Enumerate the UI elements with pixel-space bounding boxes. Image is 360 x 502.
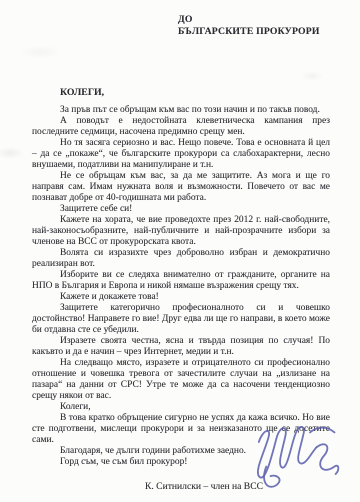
paragraph: В това кратко обръщение сигурно не успях… [32,413,330,446]
signature-name-line: К. Ситнилски – член на ВСС [0,481,360,492]
paragraph: Изразете своята честна, ясна и твърда по… [32,336,330,358]
paragraph: Горд съм, че съм бил прокурор! [32,457,330,468]
paragraph: А поводът е недостойната клеветническа к… [32,116,330,138]
letter-addressee: ДО БЪЛГАРСКИТЕ ПРОКУРОРИ [178,14,360,37]
paragraph: Защитете категорично професионалното си … [32,303,330,336]
paragraph: За пръв път се обръщам към вас по този н… [32,105,330,116]
paragraph: Защитете себе си! [32,204,330,215]
paragraph: Не се обръщам към вас, за да ме защитите… [32,171,330,204]
paragraph: Колеги, [32,402,330,413]
paragraph: Изборите ви се следяха внимателно от гра… [32,270,330,292]
paragraph: Волята си изразихте чрез доброволно избр… [32,248,330,270]
paragraph: Кажете и докажете това! [32,292,330,303]
paragraph: На следващо място, изразете и отрицателн… [32,358,330,402]
paragraph: Кажете на хората, че вие проведохте през… [32,215,330,248]
scanned-letter-page: ДО БЪЛГАРСКИТЕ ПРОКУРОРИ КОЛЕГИ, За пръв… [0,0,360,502]
addressee-line-recipients: БЪЛГАРСКИТЕ ПРОКУРОРИ [178,26,360,38]
salutation: КОЛЕГИ, [60,87,360,98]
letter-body: За пръв път се обръщам към вас по този н… [0,105,360,468]
paragraph: Благодаря, че дълги години работихме зае… [32,446,330,457]
addressee-line-to: ДО [178,14,360,26]
paragraph: Но тя засяга сериозно и вас. Нещо повече… [32,138,330,171]
